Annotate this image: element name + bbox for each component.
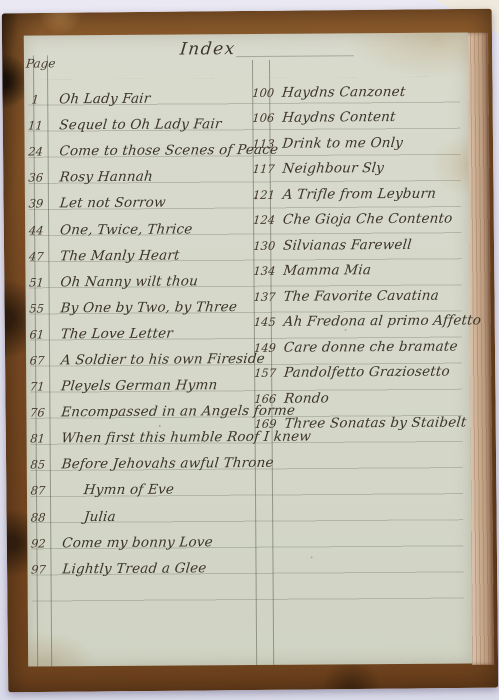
index-row: 149 Care donne che bramate (254, 333, 470, 360)
index-row: 117 Neighbour Sly (253, 155, 469, 182)
entry-title: Drink to me Only (282, 135, 404, 152)
entry-title: The Manly Heart (59, 247, 180, 264)
index-row: 100 Haydns Canzonet (252, 78, 468, 105)
index-row: 121 A Trifle from Leyburn (253, 180, 469, 207)
index-row: 157 Pandolfetto Graziosetto (254, 359, 470, 386)
entry-page-number: 169 (254, 417, 277, 431)
entry-page-number: 149 (253, 341, 276, 355)
entry-page-number: 51 (25, 275, 48, 289)
index-row: 145 Ah Fredona al primo Affetto (254, 308, 470, 335)
entry-page-number: 36 (24, 171, 47, 185)
entry-title: Rondo (283, 390, 329, 406)
entry-page-number: 11 (24, 119, 47, 133)
entry-page-number: 134 (253, 264, 276, 278)
entry-page-number: 92 (27, 536, 50, 550)
paper-page: Index Page 1 Oh Lady Fair 11 Sequel to O… (24, 32, 472, 666)
entry-title: Che Gioja Che Contento (282, 211, 453, 228)
entry-title: Julia (83, 508, 116, 524)
entry-title: Oh Lady Fair (58, 91, 151, 108)
entry-title: Neighbour Sly (282, 160, 385, 177)
index-row: 11 Sequel to Oh Lady Fair (24, 111, 254, 139)
index-row: 1 Oh Lady Fair (24, 85, 254, 113)
entry-page-number: 97 (27, 562, 50, 576)
entry-page-number: 100 (252, 86, 275, 100)
index-row: 67 A Soldier to his own Fireside (26, 346, 256, 374)
entry-page-number: 76 (26, 406, 49, 420)
index-row: 39 Let not Sorrow (25, 189, 255, 217)
entry-page-number: 71 (26, 379, 49, 393)
entry-title: Haydns Canzonet (281, 84, 406, 101)
entry-title: A Soldier to his own Fireside (60, 351, 266, 368)
entry-title: Mamma Mia (282, 262, 371, 279)
entry-title: Ah Fredona al primo Affetto (283, 313, 482, 330)
entry-title: Care donne che bramate (283, 338, 458, 355)
entry-page-number: 113 (252, 137, 275, 151)
entry-page-number: 117 (252, 162, 275, 176)
page-column-header: Page (25, 56, 56, 70)
index-row: 130 Silvianas Farewell (253, 231, 469, 258)
index-row: 51 Oh Nanny wilt thou (25, 268, 255, 296)
index-row: 87 Hymn of Eve (27, 476, 257, 504)
entry-title: Three Sonatas by Staibelt (284, 415, 468, 432)
entry-page-number: 44 (25, 223, 48, 237)
entry-title: Oh Nanny wilt thou (60, 273, 199, 290)
entry-page-number: 124 (253, 213, 276, 227)
entry-title: The Favorite Cavatina (283, 287, 440, 304)
index-row: 47 The Manly Heart (25, 242, 255, 270)
index-row: 113 Drink to me Only (252, 129, 468, 156)
index-left-column: 1 Oh Lady Fair 11 Sequel to Oh Lady Fair… (24, 85, 257, 582)
photo-background: { "photo": { "background_color": "#e4e3e… (0, 0, 499, 700)
entry-title: By One by Two, by Three (60, 299, 238, 316)
index-row: 24 Come to those Scenes of Peace (25, 137, 255, 165)
entry-title: Hymn of Eve (83, 482, 175, 499)
entry-title: The Love Letter (60, 325, 174, 342)
index-row: 134 Mamma Mia (253, 257, 469, 284)
entry-title: Let not Sorrow (59, 195, 167, 212)
entry-title: One, Twice, Thrice (59, 221, 193, 238)
index-row: 106 Haydns Content (252, 104, 468, 131)
entry-page-number: 137 (253, 290, 276, 304)
entry-page-number: 88 (27, 510, 50, 524)
index-row: 61 The Love Letter (26, 320, 256, 348)
entry-title: Come my bonny Love (61, 534, 213, 551)
entry-page-number: 24 (24, 145, 47, 159)
entry-title: Silvianas Farewell (282, 237, 412, 254)
entry-page-number: 61 (25, 327, 48, 341)
entry-title: A Trifle from Leyburn (282, 185, 437, 202)
index-row: 85 Before Jehovahs awful Throne (27, 450, 257, 478)
entry-title: Lightly Tread a Glee (62, 560, 208, 577)
entry-title: Rosy Hannah (59, 169, 154, 186)
entry-page-number: 130 (253, 239, 276, 253)
entry-page-number: 47 (25, 249, 48, 263)
entry-title: Come to those Scenes of Peace (59, 142, 279, 160)
entry-page-number: 55 (25, 301, 48, 315)
index-right-column: 100 Haydns Canzonet 106 Haydns Content 1… (252, 78, 470, 436)
entry-title: Pleyels German Hymn (60, 377, 218, 394)
index-row: 124 Che Gioja Che Contento (253, 206, 469, 233)
entry-page-number: 81 (26, 432, 49, 446)
entry-page-number: 121 (252, 188, 275, 202)
entry-page-number: 1 (24, 92, 47, 106)
index-row: 76 Encompassed in an Angels forme (26, 398, 256, 426)
entry-page-number: 67 (25, 353, 48, 367)
book-cover: Index Page 1 Oh Lady Fair 11 Sequel to O… (2, 9, 498, 693)
index-row: 55 By One by Two, by Three (26, 294, 256, 322)
entry-page-number: 85 (26, 458, 49, 472)
entry-title: Before Jehovahs awful Throne (61, 455, 275, 472)
entry-page-number: 157 (254, 366, 277, 380)
index-row: 88 Julia (27, 502, 257, 530)
index-row: 137 The Favorite Cavatina (254, 282, 470, 309)
entry-page-number: 106 (252, 111, 275, 125)
entry-title: Haydns Content (281, 109, 396, 126)
entry-title: Pandolfetto Graziosetto (283, 364, 450, 381)
entry-page-number: 87 (26, 484, 49, 498)
index-row: 81 When first this humble Roof I knew (27, 424, 257, 452)
index-row: 71 Pleyels German Hymn (26, 372, 256, 400)
entry-page-number: 39 (24, 197, 47, 211)
index-row: 92 Come my bonny Love (27, 529, 257, 557)
index-row: 169 Three Sonatas by Staibelt (254, 410, 470, 437)
index-row: 166 Rondo (254, 384, 470, 411)
entry-title: Sequel to Oh Lady Fair (58, 116, 222, 133)
index-row: 97 Lightly Tread a Glee (27, 555, 257, 583)
index-row: 36 Rosy Hannah (25, 163, 255, 191)
index-row: 44 One, Twice, Thrice (25, 215, 255, 243)
entry-page-number: 145 (253, 315, 276, 329)
entry-page-number: 166 (254, 392, 277, 406)
